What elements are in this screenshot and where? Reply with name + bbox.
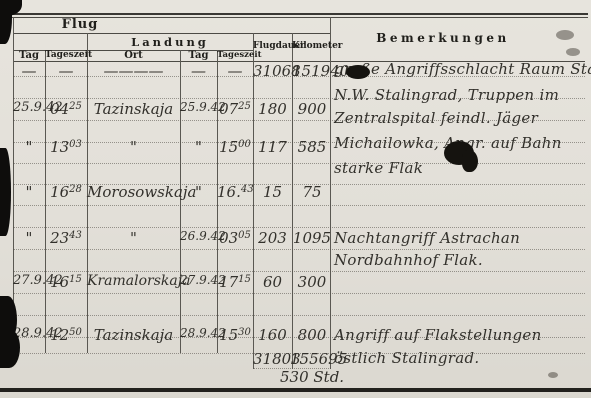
flugdauer-cell: 15 bbox=[253, 183, 292, 201]
col-header-tageszeit-landung: Tageszeit bbox=[217, 50, 253, 60]
col-header-ort: Ort bbox=[87, 50, 180, 61]
kilometer-cell: 585 bbox=[292, 138, 332, 156]
col-header-tag-landung: Tag bbox=[180, 50, 217, 61]
flight-date-cell: 25.9.42 bbox=[13, 100, 45, 115]
flight-time-cell: 1615 bbox=[45, 273, 87, 291]
remark-line: Zentralspital feindl. Jäger bbox=[334, 109, 587, 127]
flight-date-cell: — bbox=[13, 62, 45, 80]
header-flug: Flug bbox=[40, 17, 120, 32]
col-header-tag-start: Tag bbox=[13, 50, 45, 61]
total-kilometer: 155695 bbox=[290, 350, 332, 368]
remark-line: Nordbahnhof Flak. bbox=[334, 251, 587, 269]
table-top-rule bbox=[2, 13, 588, 15]
flugdauer-cell: 31068 bbox=[253, 62, 292, 80]
remark-line: Nachtangriff Astrachan bbox=[334, 229, 587, 247]
flight-time-cell: — bbox=[45, 62, 87, 80]
landing-date-cell: 27.9.42 bbox=[180, 273, 217, 287]
landing-date-cell: 28.9.42 bbox=[180, 326, 217, 340]
landing-date-cell: " bbox=[180, 183, 217, 201]
flight-date-cell: " bbox=[13, 183, 45, 201]
kilometer-cell: 151940 bbox=[292, 62, 332, 80]
table-row: 27.9.42 1615 Kramalorskaja 27.9.42 1715 … bbox=[0, 273, 591, 297]
landing-date-cell: 25.9.42 bbox=[180, 100, 217, 114]
ruling-line bbox=[13, 271, 585, 272]
flugdauer-cell: 160 bbox=[253, 326, 292, 344]
ruling-line bbox=[13, 315, 585, 316]
remark-line: N.W. Stalingrad, Truppen im bbox=[334, 86, 587, 104]
flugdauer-cell: 180 bbox=[253, 100, 292, 118]
kilometer-cell: 75 bbox=[292, 183, 332, 201]
ink-blot bbox=[462, 150, 478, 172]
col-header-tageszeit-start: Tageszeit bbox=[45, 50, 87, 60]
landing-date-cell: " bbox=[180, 138, 217, 156]
scan-artifact bbox=[0, 388, 591, 392]
kilometer-cell: 1095 bbox=[292, 229, 332, 247]
ink-blot bbox=[346, 65, 370, 79]
remark-line: östlich Stalingrad. bbox=[334, 349, 587, 367]
ruling-line bbox=[13, 227, 585, 228]
flugdauer-cell: 117 bbox=[253, 138, 292, 156]
landing-date-cell: 26.9.42 bbox=[180, 229, 217, 243]
scan-speck bbox=[556, 30, 574, 40]
scan-artifact bbox=[0, 148, 11, 236]
landing-place-cell: " bbox=[87, 138, 180, 156]
remark-line: Angriff auf Flakstellungen bbox=[334, 326, 587, 344]
landing-time-cell: 16.43 bbox=[217, 183, 253, 201]
landing-place-cell: " bbox=[87, 229, 180, 247]
landing-place-cell: ———— bbox=[87, 62, 180, 80]
kilometer-cell: 800 bbox=[292, 326, 332, 344]
total-stunden: 530 Std. bbox=[280, 368, 350, 386]
landing-place-cell: Tazinskaja bbox=[87, 326, 180, 344]
landing-time-cell: 1500 bbox=[217, 138, 253, 156]
flugdauer-cell: 60 bbox=[253, 273, 292, 291]
header-landung: Landung bbox=[87, 35, 253, 49]
col-header-kilometer: Kilometer bbox=[292, 41, 330, 51]
kilometer-cell: 900 bbox=[292, 100, 332, 118]
col-header-flugdauer: Flugdauer bbox=[253, 41, 292, 51]
landing-date-cell: — bbox=[180, 62, 217, 80]
flight-date-cell: " bbox=[13, 138, 45, 156]
logbook-page: Flug Landung Tag Tageszeit Ort Tag Tages… bbox=[0, 0, 591, 398]
flight-time-cell: 1628 bbox=[45, 183, 87, 201]
landing-time-cell: 1530 bbox=[217, 326, 253, 344]
flight-date-cell: " bbox=[13, 229, 45, 247]
flight-date-cell: 27.9.42 bbox=[13, 273, 45, 288]
landing-place-cell: Kramalorskaja bbox=[87, 273, 180, 289]
scan-speck bbox=[548, 372, 558, 378]
total-flugdauer: 31803 bbox=[253, 350, 292, 368]
landing-time-cell: 0725 bbox=[217, 100, 253, 118]
landing-time-cell: — bbox=[217, 62, 253, 80]
scan-speck bbox=[566, 48, 580, 56]
landing-time-cell: 1715 bbox=[217, 273, 253, 291]
landing-time-cell: 0305 bbox=[217, 229, 253, 247]
landing-place-cell: Morosowskaja bbox=[87, 183, 180, 201]
flight-time-cell: 1250 bbox=[45, 326, 87, 344]
remark-line: große Angriffsschlacht Raum Stalin- bbox=[334, 60, 587, 78]
flight-time-cell: 0425 bbox=[45, 100, 87, 118]
header-divider bbox=[13, 33, 330, 34]
table-row: " 1628 Morosowskaja " 16.43 15 75 bbox=[0, 183, 591, 207]
col-header-bemerkungen: Bemerkungen bbox=[330, 31, 556, 45]
kilometer-cell: 300 bbox=[292, 273, 332, 291]
flight-time-cell: 2343 bbox=[45, 229, 87, 247]
landing-place-cell: Tazinskaja bbox=[87, 100, 180, 118]
flugdauer-cell: 203 bbox=[253, 229, 292, 247]
flight-time-cell: 1303 bbox=[45, 138, 87, 156]
